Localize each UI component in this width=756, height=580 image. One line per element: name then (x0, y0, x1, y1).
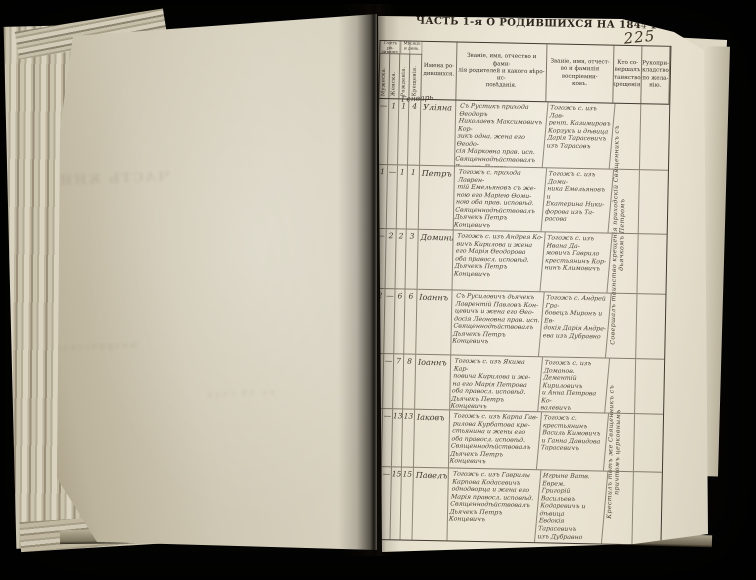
col-officiant: Кто со- вершалъ таинство крещенія. (613, 46, 642, 104)
col-godparents: Званіе, имя, отчест- во и фамилія воспрі… (546, 44, 614, 102)
godparents-entry: Тогожъ с. изъ Доманов. Дементій Кирилови… (538, 357, 610, 412)
parents-entry: Съ Русиловичъ дьячекъ Лаврентій Павловъ … (449, 291, 545, 357)
officiant-vertical-note: Совершалъ таинство крещенія приходскій С… (609, 110, 640, 360)
signature-cell (640, 104, 669, 170)
parents-entry: Тогожъ с. прихода Лаврен- тій Емельяновъ… (452, 167, 548, 232)
child-name: Доминика (418, 230, 454, 290)
right-page: ЧАСТЬ 1-я О РОДИВШИХСЯ НА 1844 ГОДЪ. 225… (372, 6, 720, 562)
left-page: ЧАСТЬ КНИГИ метрическая о родившихся зап… (55, 10, 377, 570)
parents-entry: Съ Рустикъ прихода Ѳеодоръ Николаевъ Мак… (453, 101, 549, 168)
col-names: Имена ро- дившихся. (421, 42, 457, 100)
child-name: Іоаннъ (416, 290, 452, 355)
signature-cell (636, 294, 665, 359)
godparents-entry: Тогожъ с. изъ Доми- ника Емельяновъ и Ек… (542, 168, 615, 232)
metric-table: Мужеска. Женска. Рожденія. Крещенія. Име… (369, 40, 671, 546)
godparents-entry: Игрыне Ватв. Еврем. Григорій Васильевъ К… (535, 470, 608, 543)
godparents-entry: Тогожъ с. изъ Ивана Да- мовичъ Гаврило к… (540, 232, 612, 292)
child-name: Іаковъ (414, 410, 450, 468)
signature-cell (634, 414, 663, 472)
parents-entry: Тогожъ с. изъ Гаврилы Карпова Кодасевичъ… (445, 468, 541, 542)
child-name: Павелъ (412, 468, 448, 541)
right-page-content: ЧАСТЬ 1-я О РОДИВШИХСЯ НА 1844 ГОДЪ. 225… (361, 6, 720, 569)
title-printed: ЧАСТЬ 1-я О РОДИВШИХСЯ НА 184 (416, 16, 641, 32)
parents-entry: Тогожъ с. изъ Андрея Ко- вичъ Кирилова и… (450, 231, 545, 292)
child-name: Іоаннъ (415, 355, 451, 410)
parents-entry: Тогожъ с. изъ Якима Кар- повича Кирилова… (448, 355, 543, 411)
bleed-through-text: ЧАСТЬ КНИГИ (150, 170, 171, 186)
signature-cell (632, 472, 661, 545)
godparents-entry: Тогожъ с. Андрей Гра- бовецъ Миронъ и Ев… (539, 292, 612, 357)
parents-entry: Тогожъ с. изъ Карпа Гав- рилова Курбатов… (447, 410, 542, 469)
signature-cell (635, 359, 664, 414)
bleed-through-text: метрическая о родившихся записи (115, 340, 137, 351)
baptism-day: 8 (403, 355, 416, 409)
count-group-header: Счетъ ро- дивших. (380, 41, 400, 54)
child-name: Петръ (419, 166, 455, 230)
godparents-entry: Тогожъ с. изъ Лав- рент. Казимировъ Корз… (543, 102, 616, 168)
godparents-entry: Тогожъ с. крестьянинъ Василь Кимовичъ и … (537, 412, 609, 470)
month-group-header: Мѣсяцъ и день. (400, 41, 422, 54)
col-signatures: Рукопри- кладство по жела- нію. (641, 46, 670, 104)
officiant-vertical-note: Крестилъ тотъ же Священникъ съ причтомъ … (606, 368, 635, 536)
signature-cell (637, 234, 666, 294)
book-photograph: ЧАСТЬ КНИГИ метрическая о родившихся зап… (0, 0, 756, 580)
signature-cell (639, 170, 668, 234)
col-parents: Званіе, имя, отчество и фами- лія родите… (456, 43, 547, 102)
child-name: Уліяна (420, 100, 456, 166)
paper-sheen (55, 10, 377, 570)
